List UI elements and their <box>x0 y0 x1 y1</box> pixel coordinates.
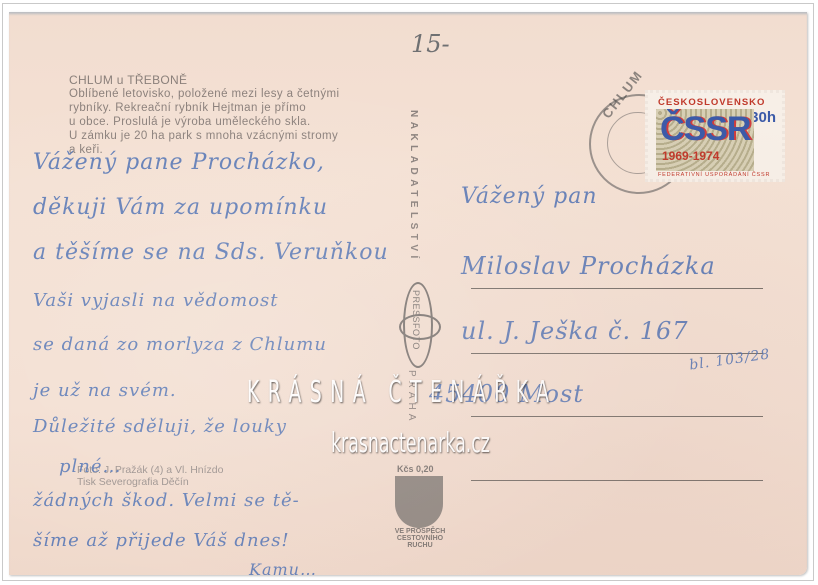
castle-shield-icon <box>395 476 443 528</box>
message-line: Důležité sděluji, že louky <box>33 416 287 437</box>
message-line: Vaši vyjasli na vědomost <box>33 290 279 311</box>
caption-body: Oblíbené letovisko, položené mezi lesy a… <box>69 87 369 157</box>
stamp-footer: FEDERATIVNÍ USPOŘÁDÁNÍ ČSSR <box>658 172 770 178</box>
address-rule <box>471 480 763 481</box>
publisher-city: PRAHA <box>406 370 417 424</box>
address-line: Miloslav Procházka <box>461 252 716 280</box>
message-line: je už na svém. <box>33 380 177 401</box>
message-line: plné… <box>59 456 122 477</box>
postmark: CHLUM <box>589 94 689 194</box>
postcard-back: 15- CHLUM u TŘEBONĚ Oblíbené letovisko, … <box>9 12 807 575</box>
caption-line: a keři. <box>69 143 369 157</box>
message-line: a těšíme se na Sds. Veruňkou <box>33 240 389 265</box>
tax-arc-text: VE PROSPĚCH CESTOVNÍHO RUCHU <box>385 528 455 549</box>
pressfoto-logo: PRESSFOTO <box>403 282 433 368</box>
address-rule <box>471 353 763 354</box>
tax-price: Kčs 0,20 <box>397 464 434 474</box>
caption-line: Oblíbené letovisko, položené mezi lesy a… <box>69 87 369 101</box>
message-signature: Kamu… <box>249 560 317 575</box>
message-line: se daná zo morlyza z Chlumu <box>33 334 327 355</box>
address-line: 45400 Most <box>429 380 584 408</box>
tax-stamp: Kčs 0,20 VE PROSPĚCH CESTOVNÍHO RUCHU <box>385 464 455 536</box>
stamp-pattern <box>656 109 754 171</box>
publisher-text: NAKLADATELSTVÍ <box>405 110 419 263</box>
caption-title: CHLUM u TŘEBONĚ <box>69 73 187 87</box>
photo-credits: Foto: J. Pražák (4) a Vl. Hnízdo Tisk Se… <box>77 464 223 488</box>
message-line: šíme až přijede Váš dnes! <box>33 530 290 551</box>
caption-line: rybníky. Rekreační rybník Hejtman je pří… <box>69 101 369 115</box>
watermark-brand: KRÁSNÁ ČTENÁŘKA <box>247 375 557 410</box>
caption-line: u obce. Proslulá je výroba uměleckého sk… <box>69 115 369 129</box>
address-rule <box>471 288 763 289</box>
postmark-town: CHLUM <box>599 67 646 121</box>
address-line: ul. J. Ješka č. 167 <box>461 317 689 345</box>
pencil-price: 15- <box>411 30 450 58</box>
address-note: bl. 103/28 <box>688 346 771 373</box>
message-line: žádných škod. Velmi se tě- <box>33 490 300 511</box>
stamp-logo: ČSSR <box>660 111 750 147</box>
message-line: děkuji Vám za upomínku <box>33 195 328 220</box>
address-rule <box>471 416 763 417</box>
stamp-country: ČESKOSLOVENSKO <box>658 97 765 108</box>
stamp-value: 30h <box>750 109 776 126</box>
pressfoto-label: PRESSFOTO <box>411 290 421 350</box>
watermark-url: krasnactenarka.cz <box>331 426 490 459</box>
caption-line: U zámku je 20 ha park s mnoha vzácnými s… <box>69 129 369 143</box>
address-line: Vážený pan <box>461 184 598 209</box>
stamp-years: 1969-1974 <box>662 149 719 163</box>
message-line: Vážený pane Procházko, <box>33 150 325 175</box>
postage-stamp: ČESKOSLOVENSKO 30h ČSSR 1969-1974 FEDERA… <box>645 90 785 182</box>
